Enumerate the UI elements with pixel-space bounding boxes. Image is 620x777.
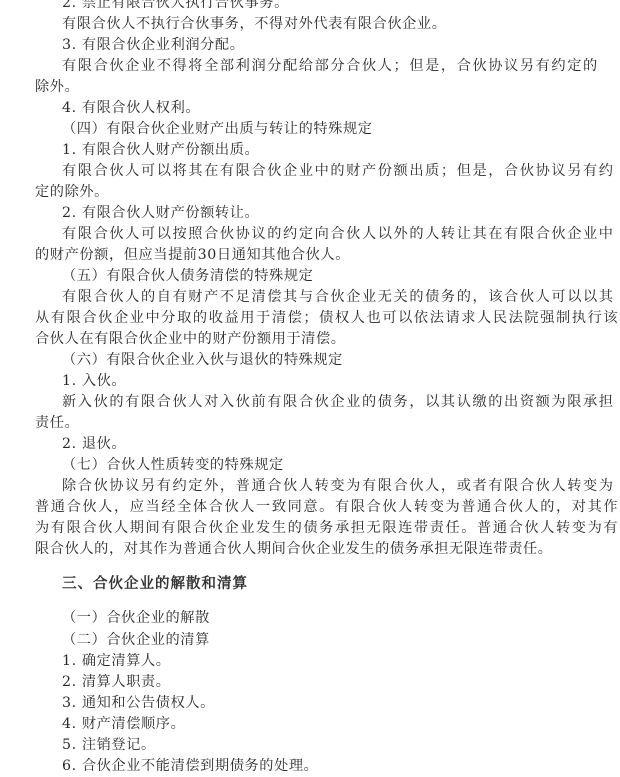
text-line: 有限合伙人可以将其在有限合伙企业中的财产份额出质；但是，合伙协议另有约 — [62, 161, 615, 181]
text-line: （二）合伙企业的清算 — [62, 630, 210, 650]
text-line: （一）合伙企业的解散 — [62, 608, 210, 628]
text-line: 1. 确定清算人。 — [62, 651, 171, 671]
text-line: 2. 有限合伙人财产份额转让。 — [62, 203, 259, 223]
text-line: 5. 注销登记。 — [62, 735, 156, 755]
text-line: 有限合伙人可以按照合伙协议的约定向合伙人以外的人转让其在有限合伙企业中 — [62, 224, 615, 244]
text-line: 定的除外。 — [35, 182, 109, 202]
text-line: 普通合伙人，应当经全体合伙人一致同意。有限合伙人转变为普通合伙人的，对其作 — [35, 497, 619, 517]
text-line: 除合伙协议另有约定外，普通合伙人转变为有限合伙人，或者有限合伙人转变为 — [62, 476, 615, 496]
text-line: 6. 合伙企业不能清偿到期债务的处理。 — [62, 756, 318, 776]
text-line: 1. 入伙。 — [62, 371, 126, 391]
text-line: 除外。 — [35, 77, 79, 97]
section-heading: 三、合伙企业的解散和清算 — [62, 574, 248, 594]
text-line: 4. 财产清偿顺序。 — [62, 714, 185, 734]
text-line: 2. 清算人职责。 — [62, 672, 171, 692]
text-line: 为有限合伙人期间有限合伙企业发生的债务承担无限连带责任。普通合伙人转变为有 — [35, 518, 619, 538]
text-line: （七）合伙人性质转变的特殊规定 — [62, 455, 284, 475]
text-line: 新入伙的有限合伙人对入伙前有限合伙企业的债务，以其认缴的出资额为限承担 — [62, 392, 615, 412]
text-line: 责任。 — [35, 413, 79, 433]
text-line: 2. 退伙。 — [62, 434, 126, 454]
text-line: 1. 有限合伙人财产份额出质。 — [62, 140, 259, 160]
text-line: 3. 有限合伙企业利润分配。 — [62, 35, 245, 55]
text-line: 限合伙人的，对其作为普通合伙人期间合伙企业发生的债务承担无限连带责任。 — [35, 539, 553, 559]
text-line: 有限合伙企业不得将全部利润分配给部分合伙人；但是，合伙协议另有约定的 — [62, 56, 599, 76]
text-line: 2. 禁止有限合伙人执行合伙事务。 — [62, 0, 289, 13]
text-line: 4. 有限合伙人权利。 — [62, 98, 200, 118]
text-line: （五）有限合伙人债务清偿的特殊规定 — [62, 266, 313, 286]
text-line: 的财产份额，但应当提前30日通知其他合伙人。 — [35, 245, 350, 265]
text-line: （六）有限合伙企业入伙与退伙的特殊规定 — [62, 350, 343, 370]
text-line: 有限合伙人的自有财产不足清偿其与合伙企业无关的债务的，该合伙人可以以其 — [62, 287, 615, 307]
text-line: 从有限合伙企业中分取的收益用于清偿；债权人也可以依法请求人民法院强制执行该 — [35, 308, 619, 328]
text-line: 有限合伙人不执行合伙事务，不得对外代表有限合伙企业。 — [62, 14, 446, 34]
text-line: 合伙人在有限合伙企业中的财产份额用于清偿。 — [35, 329, 346, 349]
text-line: 3. 通知和公告债权人。 — [62, 693, 215, 713]
text-line: （四）有限合伙企业财产出质与转让的特殊规定 — [62, 119, 373, 139]
